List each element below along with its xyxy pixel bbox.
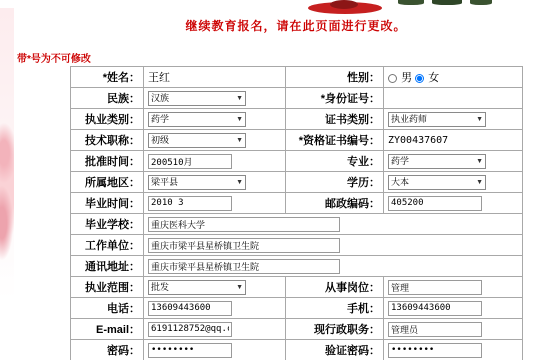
left-floral-decoration [0,8,14,340]
form-row-school: 毕业学校： [71,214,523,235]
banner-tree-decoration [432,0,462,5]
practice-scope-select[interactable]: ▼批发 [148,280,246,295]
form-row-email-admin: E-mail： 现行政职务： [71,319,523,340]
form-row-workplace: 工作单位： [71,235,523,256]
form-row-title-certno: 技术职称： ▼初级 *资格证书编号： ZY00437607 [71,130,523,151]
email-label: E-mail： [71,319,144,340]
name-label: *姓名： [71,67,144,88]
ethnicity-label: 民族： [71,88,144,109]
ethnicity-select[interactable]: ▼汉族 [148,91,246,106]
cert-number-label: *资格证书编号： [286,130,384,151]
approve-time-input[interactable] [148,154,232,169]
form-row-practice-cert: 执业类别： ▼药学 证书类别： ▼执业药师 [71,109,523,130]
education-label: 学历： [286,172,384,193]
gender-male-radio[interactable] [388,74,397,83]
form-row-address: 通讯地址： [71,256,523,277]
graduate-time-label: 毕业时间： [71,193,144,214]
postcode-input[interactable] [388,196,482,211]
region-select-value: 梁平县 [151,177,178,187]
confirm-password-label: 验证密码： [286,340,384,360]
job-position-label: 从事岗位： [286,277,384,298]
school-label: 毕业学校： [71,214,144,235]
banner-tree-decoration [470,0,492,5]
postcode-label: 邮政编码： [286,193,384,214]
major-select-value: 药学 [391,156,409,166]
select-arrow-icon: ▼ [476,176,483,189]
phone-label: 电话： [71,298,144,319]
education-select[interactable]: ▼大本 [388,175,486,190]
banner-dark-wave-decoration [330,0,358,9]
region-label: 所属地区： [71,172,144,193]
select-arrow-icon: ▼ [236,134,243,147]
workplace-label: 工作单位： [71,235,144,256]
gender-female-option-label: 女 [428,72,439,84]
gender-field: 男 女 [384,67,523,88]
confirm-password-input[interactable] [388,343,482,358]
form-row-scope-position: 执业范围： ▼批发 从事岗位： [71,277,523,298]
select-arrow-icon: ▼ [236,281,243,294]
tech-title-select[interactable]: ▼初级 [148,133,246,148]
cert-category-select[interactable]: ▼执业药师 [388,112,486,127]
id-number-label: *身份证号： [286,88,384,109]
job-position-input[interactable] [388,280,482,295]
form-row-phone-mobile: 电话： 手机： [71,298,523,319]
form-row-passwords: 密码： 验证密码： [71,340,523,360]
address-input[interactable] [148,259,340,274]
phone-input[interactable] [148,301,232,316]
tech-title-select-value: 初级 [151,135,169,145]
cert-category-label: 证书类别： [286,109,384,130]
name-value: 王红 [144,67,286,88]
mobile-input[interactable] [388,301,482,316]
graduate-time-input[interactable] [148,196,232,211]
cert-number-value: ZY00437607 [384,130,523,151]
password-label: 密码： [71,340,144,360]
practice-category-select[interactable]: ▼药学 [148,112,246,127]
id-number-value [384,88,523,109]
page-title: 继续教育报名，请在此页面进行更改。 [70,17,522,34]
form-row-name-gender: *姓名： 王红 性别： 男 女 [71,67,523,88]
gender-label: 性别： [286,67,384,88]
form-row-gradtime-postcode: 毕业时间： 邮政编码： [71,193,523,214]
email-input[interactable] [148,322,232,337]
password-input[interactable] [148,343,232,358]
admin-title-label: 现行政职务： [286,319,384,340]
practice-category-select-value: 药学 [151,114,169,124]
form-row-region-education: 所属地区： ▼梁平县 学历： ▼大本 [71,172,523,193]
cert-category-select-value: 执业药师 [391,114,427,124]
practice-category-label: 执业类别： [71,109,144,130]
address-label: 通讯地址： [71,256,144,277]
select-arrow-icon: ▼ [236,92,243,105]
tech-title-label: 技术职称： [71,130,144,151]
required-note: 带*号为不可修改 [17,50,91,65]
ethnicity-select-value: 汉族 [151,93,169,103]
school-input[interactable] [148,217,340,232]
form-row-ethnic-id: 民族： ▼汉族 *身份证号： [71,88,523,109]
region-select[interactable]: ▼梁平县 [148,175,246,190]
select-arrow-icon: ▼ [236,113,243,126]
approve-time-label: 批准时间： [71,151,144,172]
form-row-approve-major: 批准时间： 专业： ▼药学 [71,151,523,172]
select-arrow-icon: ▼ [476,155,483,168]
mobile-label: 手机： [286,298,384,319]
major-label: 专业： [286,151,384,172]
select-arrow-icon: ▼ [236,176,243,189]
admin-title-input[interactable] [388,322,482,337]
registration-form-table: *姓名： 王红 性别： 男 女 民族： ▼汉族 *身份证号： 执业类别： ▼药学… [70,66,523,360]
banner-tree-decoration [398,0,424,5]
practice-scope-select-value: 批发 [151,282,169,292]
select-arrow-icon: ▼ [476,113,483,126]
gender-female-radio[interactable] [415,74,424,83]
workplace-input[interactable] [148,238,340,253]
practice-scope-label: 执业范围： [71,277,144,298]
education-select-value: 大本 [391,177,409,187]
major-select[interactable]: ▼药学 [388,154,486,169]
gender-male-option-label: 男 [401,72,412,84]
top-banner-image [0,0,553,8]
